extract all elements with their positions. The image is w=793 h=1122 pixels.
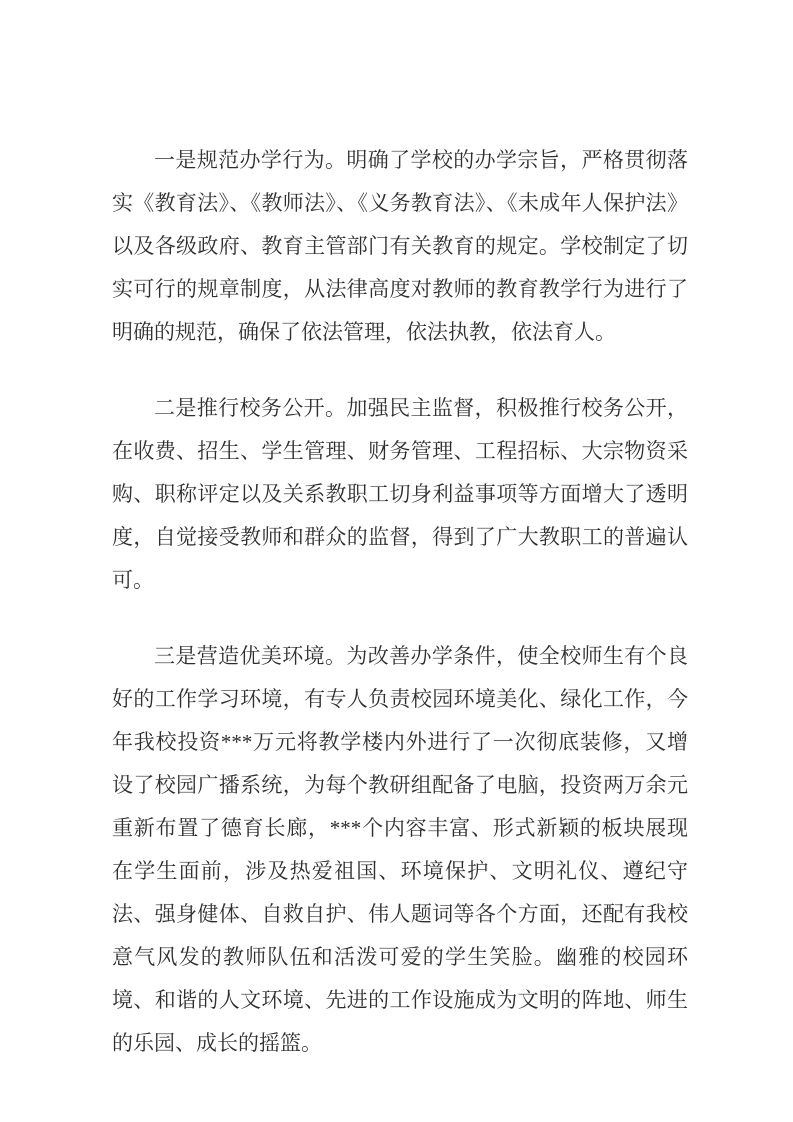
document-page: 一是规范办学行为。明确了学校的办学宗旨，严格贯彻落实《教育法》、《教师法》、《义… xyxy=(0,0,793,1122)
paragraph-standardize-school-running: 一是规范办学行为。明确了学校的办学宗旨，严格贯彻落实《教育法》、《教师法》、《义… xyxy=(112,139,688,354)
paragraph-school-affairs-transparency: 二是推行校务公开。加强民主监督，积极推行校务公开，在收费、招生、学生管理、财务管… xyxy=(112,387,688,602)
paragraph-beautiful-environment: 三是营造优美环境。为改善办学条件，使全校师生有个良好的工作学习环境，有专人负责校… xyxy=(112,635,688,1065)
document-body: 一是规范办学行为。明确了学校的办学宗旨，严格贯彻落实《教育法》、《教师法》、《义… xyxy=(112,139,688,1065)
